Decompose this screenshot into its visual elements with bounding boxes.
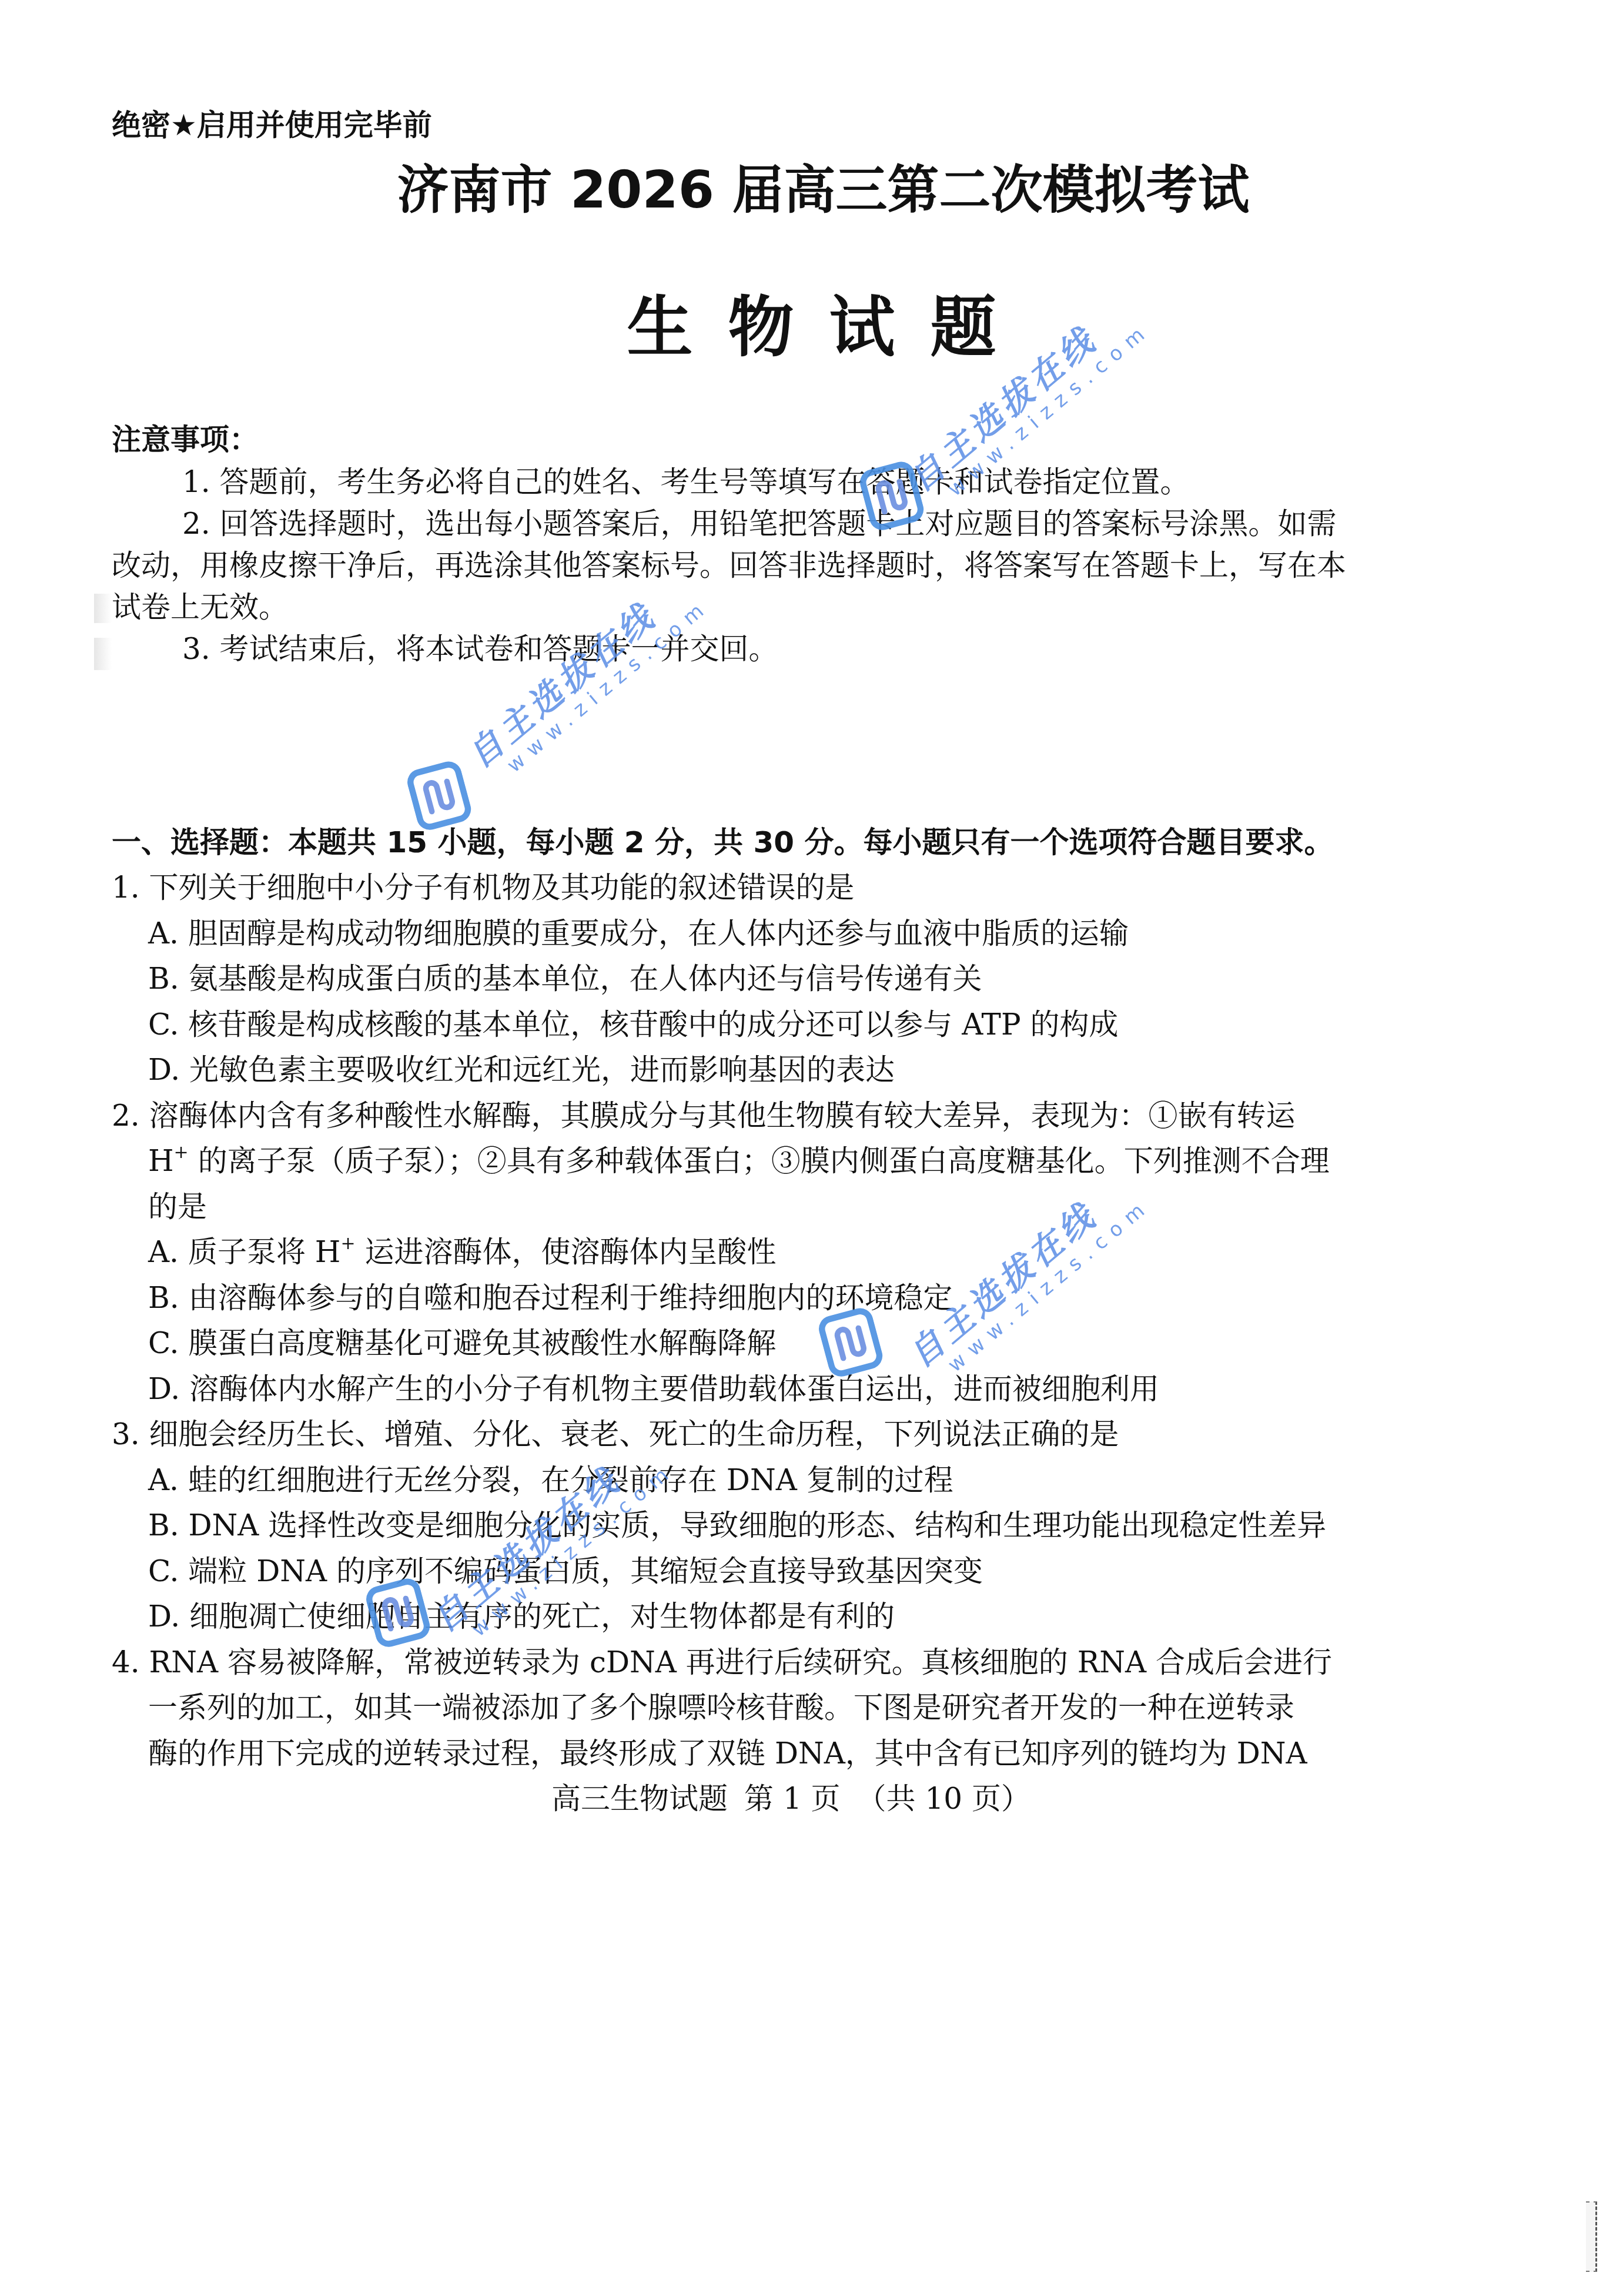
exam-title: 济南市 2026 届高三第二次模拟考试 <box>0 158 1623 222</box>
option-c: C. 核苷酸是构成核酸的基本单位，核苷酸中的成分还可以参与 ATP 的构成 <box>148 1007 1118 1042</box>
question-stem: 的是 <box>148 1189 207 1224</box>
confidential-label: 绝密★启用并使用完毕前 <box>112 107 432 143</box>
watermark: 自主选拔在线 www.zizzs.com <box>896 1159 1155 1392</box>
ion-charge: + <box>174 1142 189 1163</box>
stem-text: 的离子泵（质子泵）；②具有多种载体蛋白；③膜内侧蛋白高度糖基化。下列推测不合理 <box>189 1144 1330 1178</box>
option-a: A. 胆固醇是构成动物细胞膜的重要成分，在人体内还参与血液中脂质的运输 <box>148 916 1129 951</box>
page-edge-bracket <box>1586 2201 1597 2272</box>
section-heading: 一、选择题：本题共 15 小题，每小题 2 分，共 30 分。每小题只有一个选项… <box>112 825 1333 860</box>
question-stem: H+ 的离子泵（质子泵）；②具有多种载体蛋白；③膜内侧蛋白高度糖基化。下列推测不… <box>148 1143 1330 1179</box>
option-a: A. 蛙的红细胞进行无丝分裂，在分裂前存在 DNA 复制的过程 <box>148 1462 953 1498</box>
notice-line: 2. 回答选择题时，选出每小题答案后，用铅笔把答题卡上对应题目的答案标号涂黑。如… <box>182 506 1337 541</box>
footer-page-number: 第 1 页 <box>744 1782 841 1816</box>
question-stem: 2. 溶酶体内含有多种酸性水解酶，其膜成分与其他生物膜有较大差异，表现为：①嵌有… <box>112 1098 1296 1133</box>
zizzs-logo-icon <box>815 1305 886 1382</box>
ion-symbol: H <box>148 1144 174 1178</box>
notice-line: 改动，用橡皮擦干净后，再选涂其他答案标号。回答非选择题时，将答案写在答题卡上，写… <box>112 548 1346 583</box>
subject-title: 生物试题 <box>0 288 1623 368</box>
option-b: B. 由溶酶体参与的自噬和胞吞过程利于维持细胞内的环境稳定 <box>148 1280 953 1316</box>
watermark: 自主选拔在线 www.zizzs.com <box>455 559 714 792</box>
notice-line: 试卷上无效。 <box>112 590 288 625</box>
question-stem: 3. 细胞会经历生长、增殖、分化、衰老、死亡的生命历程，下列说法正确的是 <box>112 1417 1119 1452</box>
question-stem: 一系列的加工，如其一端被添加了多个腺嘌呤核苷酸。下图是研究者开发的一种在逆转录 <box>148 1690 1294 1725</box>
ion-charge: + <box>340 1233 355 1254</box>
option-d: D. 细胞凋亡使细胞自主有序的死亡，对生物体都是有利的 <box>148 1599 895 1634</box>
footer-total-pages: （共 10 页） <box>857 1782 1030 1816</box>
option-text: 运进溶酶体，使溶酶体内呈酸性 <box>356 1235 777 1269</box>
footer-subject: 高三生物试题 <box>551 1782 728 1816</box>
zizzs-logo-icon <box>404 758 474 835</box>
scan-edge-shadow <box>94 594 112 623</box>
option-c: C. 膜蛋白高度糖基化可避免其被酸性水解酶降解 <box>148 1326 776 1361</box>
option-b: B. 氨基酸是构成蛋白质的基本单位，在人体内还与信号传递有关 <box>148 961 982 996</box>
scan-edge-shadow <box>94 638 112 670</box>
question-stem: 酶的作用下完成的逆转录过程，最终形成了双链 DNA，其中含有已知序列的链均为 D… <box>148 1736 1307 1771</box>
notice-line: 1. 答题前，考生务必将自己的姓名、考生号等填写在答题卡和试卷指定位置。 <box>182 464 1190 500</box>
notice-line: 3. 考试结束后，将本试卷和答题卡一并交回。 <box>182 631 778 667</box>
question-stem: 4. RNA 容易被降解，常被逆转录为 cDNA 再进行后续研究。真核细胞的 R… <box>112 1645 1332 1680</box>
notice-heading: 注意事项： <box>112 422 259 457</box>
question-stem: 1. 下列关于细胞中小分子有机物及其功能的叙述错误的是 <box>112 870 855 905</box>
option-b: B. DNA 选择性改变是细胞分化的实质，导致细胞的形态、结构和生理功能出现稳定… <box>148 1508 1326 1543</box>
option-c: C. 端粒 DNA 的序列不编码蛋白质，其缩短会直接导致基因突变 <box>148 1554 983 1589</box>
option-a: A. 质子泵将 H+ 运进溶酶体，使溶酶体内呈酸性 <box>148 1234 776 1270</box>
page-footer: 高三生物试题第 1 页（共 10 页） <box>0 1781 1623 1816</box>
option-text: A. 质子泵将 H <box>148 1235 340 1269</box>
option-d: D. 光敏色素主要吸收红光和远红光，进而影响基因的表达 <box>148 1052 895 1087</box>
option-d: D. 溶酶体内水解产生的小分子有机物主要借助载体蛋白运出，进而被细胞利用 <box>148 1371 1159 1407</box>
